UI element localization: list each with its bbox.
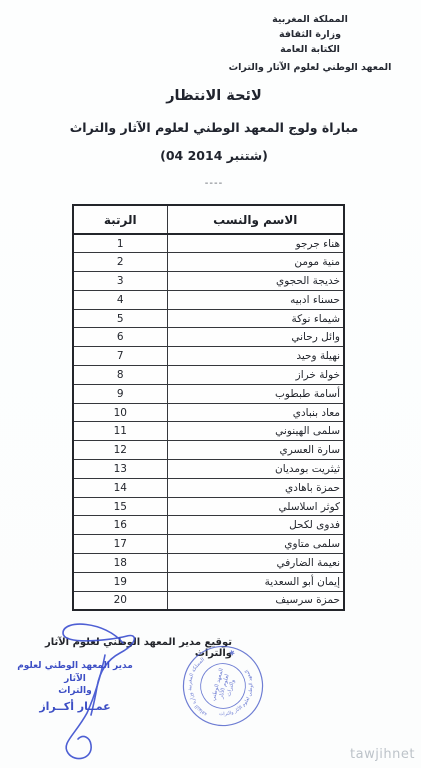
table-header-row: الاسم والنسب الرتبة xyxy=(73,205,344,234)
exam-date: (04 شتنبر 2014) xyxy=(38,148,390,163)
letterhead-kingdom: المملكة المغربية xyxy=(215,12,405,27)
table-row: سارة العسري 12 xyxy=(73,441,344,460)
candidate-name: حمزة سرسيف xyxy=(167,591,344,610)
candidate-name: نعيمة الضارفي xyxy=(167,554,344,573)
table-row: سلمى متاوي 17 xyxy=(73,535,344,554)
candidate-rank: 8 xyxy=(73,366,167,385)
table-row: منية مومن 2 xyxy=(73,253,344,272)
candidate-name: كوثر اسلاسلي xyxy=(167,497,344,516)
table-row: فدوى لكحل 16 xyxy=(73,516,344,535)
table-row: أسامة طبطوب 9 xyxy=(73,384,344,403)
table-row: إيمان أبو السعدية 19 xyxy=(73,572,344,591)
candidate-rank: 14 xyxy=(73,478,167,497)
candidate-name: حمزة باهادي xyxy=(167,478,344,497)
table-row: حمزة باهادي 14 xyxy=(73,478,344,497)
header-rank: الرتبة xyxy=(73,205,167,234)
table-row: وائل رحاني 6 xyxy=(73,328,344,347)
candidate-rank: 16 xyxy=(73,516,167,535)
letterhead-institute: المعهد الوطني لعلوم الآثار والتراث xyxy=(215,60,405,75)
candidate-name: سارة العسري xyxy=(167,441,344,460)
candidate-name: منية مومن xyxy=(167,253,344,272)
candidate-rank: 11 xyxy=(73,422,167,441)
page-title: لائحة الانتظار xyxy=(38,88,390,104)
candidate-rank: 5 xyxy=(73,309,167,328)
candidate-rank: 13 xyxy=(73,460,167,479)
candidate-rank: 4 xyxy=(73,290,167,309)
candidate-rank: 6 xyxy=(73,328,167,347)
watermark: tawjihnet xyxy=(350,747,415,762)
candidate-rank: 19 xyxy=(73,572,167,591)
header-name: الاسم والنسب xyxy=(167,205,344,234)
page-subtitle: مباراة ولوج المعهد الوطني لعلوم الآثار و… xyxy=(38,120,390,135)
candidate-rank: 1 xyxy=(73,234,167,253)
candidate-name: هناء جرجو xyxy=(167,234,344,253)
candidate-rank: 10 xyxy=(73,403,167,422)
table-row: شيماء نوكة 5 xyxy=(73,309,344,328)
candidate-name: أسامة طبطوب xyxy=(167,384,344,403)
candidate-rank: 17 xyxy=(73,535,167,554)
candidate-name: خديجة الحجوي xyxy=(167,272,344,291)
seal-star-icon: ✱ xyxy=(228,649,237,657)
table-row: نعيمة الضارفي 18 xyxy=(73,554,344,573)
candidate-name: شيماء نوكة xyxy=(167,309,344,328)
table-row: خولة خراز 8 xyxy=(73,366,344,385)
candidate-rank: 15 xyxy=(73,497,167,516)
candidate-rank: 7 xyxy=(73,347,167,366)
candidate-rank: 12 xyxy=(73,441,167,460)
candidate-name: سلمى متاوي xyxy=(167,535,344,554)
table-row: ثيثريت بومديان 13 xyxy=(73,460,344,479)
table-row: كوثر اسلاسلي 15 xyxy=(73,497,344,516)
separator-dashes: ---- xyxy=(38,178,390,189)
handwritten-signature xyxy=(35,615,165,768)
waiting-list-table: الاسم والنسب الرتبة هناء جرجو 1 منية موم… xyxy=(72,204,345,611)
document-page: المملكة المغربية وزارة الثقافة الكتابة ا… xyxy=(0,0,421,768)
table-row: خديجة الحجوي 3 xyxy=(73,272,344,291)
candidate-name: معاد بنبادي xyxy=(167,403,344,422)
table-row: حمزة سرسيف 20 xyxy=(73,591,344,610)
candidate-rank: 3 xyxy=(73,272,167,291)
table-row: سلمى الهينوني 11 xyxy=(73,422,344,441)
table-row: حسناء ادبيه 4 xyxy=(73,290,344,309)
candidate-name: خولة خراز xyxy=(167,366,344,385)
letterhead-secretariat: الكتابة العامة xyxy=(215,42,405,57)
candidate-name: إيمان أبو السعدية xyxy=(167,572,344,591)
letterhead: المملكة المغربية وزارة الثقافة الكتابة ا… xyxy=(215,12,405,75)
candidate-rank: 18 xyxy=(73,554,167,573)
letterhead-ministry: وزارة الثقافة xyxy=(215,27,405,42)
candidate-name: وائل رحاني xyxy=(167,328,344,347)
candidate-rank: 2 xyxy=(73,253,167,272)
table-row: معاد بنبادي 10 xyxy=(73,403,344,422)
candidate-name: فدوى لكحل xyxy=(167,516,344,535)
candidate-name: نهيلة وحيد xyxy=(167,347,344,366)
table-row: نهيلة وحيد 7 xyxy=(73,347,344,366)
candidate-rank: 20 xyxy=(73,591,167,610)
candidate-rank: 9 xyxy=(73,384,167,403)
candidate-name: سلمى الهينوني xyxy=(167,422,344,441)
candidate-name: ثيثريت بومديان xyxy=(167,460,344,479)
table-row: هناء جرجو 1 xyxy=(73,234,344,253)
title-block: لائحة الانتظار مباراة ولوج المعهد الوطني… xyxy=(38,88,390,189)
seal-center-text: المعهد الوطني لعلوم الآثار والتراث xyxy=(211,667,239,705)
candidate-name: حسناء ادبيه xyxy=(167,290,344,309)
